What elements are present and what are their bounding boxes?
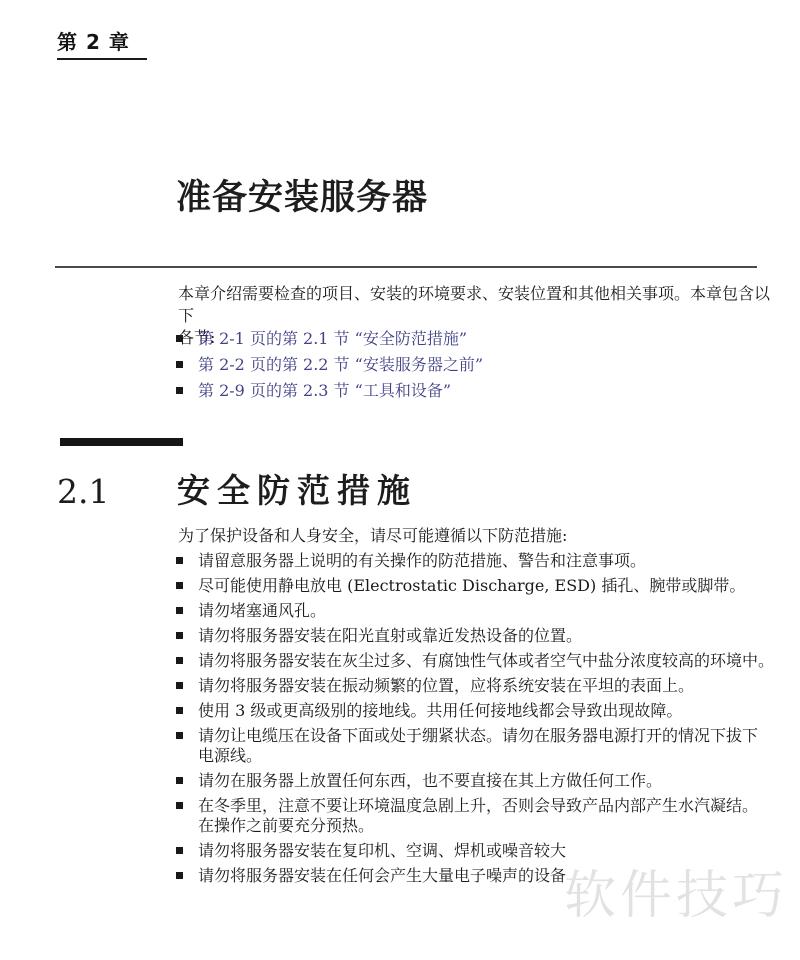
square-bullet-icon [176, 777, 183, 784]
square-bullet-icon [176, 802, 183, 809]
safety-bullet-text: 请勿在服务器上放置任何东西，也不要直接在其上方做任何工作。 [198, 771, 778, 791]
manual-page: 第 2 章 准备安装服务器 本章介绍需要检查的项目、安装的环境要求、安装位置和其… [0, 0, 800, 960]
safety-bullet-item: 请勿将服务器安装在复印机、空调、焊机或噪音较大 [176, 841, 778, 861]
square-bullet-icon [176, 335, 183, 342]
toc-link-tools[interactable]: 第 2-9 页的第 2.3 节 “工具和设备” [198, 381, 451, 401]
safety-bullet-item: 使用 3 级或更高级别的接地线。共用任何接地线都会导致出现故障。 [176, 701, 778, 721]
safety-bullet-text: 请勿将服务器安装在灰尘过多、有腐蚀性气体或者空气中盐分浓度较高的环境中。 [198, 651, 778, 671]
safety-bullet-item: 请勿让电缆压在设备下面或处于绷紧状态。请勿在服务器电源打开的情况下拔下 电源线。 [176, 726, 778, 766]
safety-bullet-item: 请勿将服务器安装在灰尘过多、有腐蚀性气体或者空气中盐分浓度较高的环境中。 [176, 651, 778, 671]
safety-bullet-text: 请勿将服务器安装在振动频繁的位置，应将系统安装在平坦的表面上。 [198, 676, 778, 696]
section-heading-bar [60, 438, 183, 446]
safety-bullet-item: 请勿在服务器上放置任何东西，也不要直接在其上方做任何工作。 [176, 771, 778, 791]
chapter-title: 准备安装服务器 [176, 176, 428, 220]
safety-bullet-text: 尽可能使用静电放电 (Electrostatic Discharge, ESD)… [198, 576, 778, 596]
safety-bullet-text: 请勿将服务器安装在复印机、空调、焊机或噪音较大 [198, 841, 778, 861]
safety-bullet-text: 请勿将服务器安装在任何会产生大量电子噪声的设备 [198, 866, 778, 886]
square-bullet-icon [176, 387, 183, 394]
square-bullet-icon [176, 632, 183, 639]
title-divider [55, 266, 757, 268]
chapter-label: 第 2 章 [57, 30, 147, 60]
toc-item-before-install: 第 2-2 页的第 2.2 节 “安装服务器之前” [176, 355, 483, 375]
safety-bullet-item: 请勿将服务器安装在任何会产生大量电子噪声的设备 [176, 866, 778, 886]
square-bullet-icon [176, 657, 183, 664]
section-title: 安全防范措施 [177, 472, 417, 510]
toc-link-before-install[interactable]: 第 2-2 页的第 2.2 节 “安装服务器之前” [198, 355, 483, 375]
square-bullet-icon [176, 707, 183, 714]
safety-bullet-text: 使用 3 级或更高级别的接地线。共用任何接地线都会导致出现故障。 [198, 701, 778, 721]
safety-bullet-text: 请勿将服务器安装在阳光直射或靠近发热设备的位置。 [198, 626, 778, 646]
square-bullet-icon [176, 361, 183, 368]
section-body: 为了保护设备和人身安全，请尽可能遵循以下防范措施: 请留意服务器上说明的有关操作… [178, 526, 778, 891]
toc-link-safety[interactable]: 第 2-1 页的第 2.1 节 “安全防范措施” [198, 329, 467, 349]
safety-bullet-text: 在冬季里，注意不要让环境温度急剧上升，否则会导致产品内部产生水汽凝结。 在操作之… [198, 796, 778, 836]
square-bullet-icon [176, 872, 183, 879]
square-bullet-icon [176, 847, 183, 854]
safety-bullet-item: 尽可能使用静电放电 (Electrostatic Discharge, ESD)… [176, 576, 778, 596]
square-bullet-icon [176, 582, 183, 589]
safety-bullet-item: 在冬季里，注意不要让环境温度急剧上升，否则会导致产品内部产生水汽凝结。 在操作之… [176, 796, 778, 836]
safety-bullet-item: 请留意服务器上说明的有关操作的防范措施、警告和注意事项。 [176, 551, 778, 571]
section-number: 2.1 [57, 474, 109, 510]
square-bullet-icon [176, 732, 183, 739]
safety-bullet-item: 请勿将服务器安装在振动频繁的位置，应将系统安装在平坦的表面上。 [176, 676, 778, 696]
toc-item-tools: 第 2-9 页的第 2.3 节 “工具和设备” [176, 381, 483, 401]
square-bullet-icon [176, 607, 183, 614]
section-lead: 为了保护设备和人身安全，请尽可能遵循以下防范措施: [178, 526, 778, 546]
square-bullet-icon [176, 682, 183, 689]
section-toc-list: 第 2-1 页的第 2.1 节 “安全防范措施” 第 2-2 页的第 2.2 节… [176, 329, 483, 407]
safety-bullet-item: 请勿将服务器安装在阳光直射或靠近发热设备的位置。 [176, 626, 778, 646]
safety-bullet-text: 请留意服务器上说明的有关操作的防范措施、警告和注意事项。 [198, 551, 778, 571]
square-bullet-icon [176, 557, 183, 564]
safety-bullet-list: 请留意服务器上说明的有关操作的防范措施、警告和注意事项。 尽可能使用静电放电 (… [176, 551, 778, 886]
toc-item-safety: 第 2-1 页的第 2.1 节 “安全防范措施” [176, 329, 483, 349]
safety-bullet-text: 请勿让电缆压在设备下面或处于绷紧状态。请勿在服务器电源打开的情况下拔下 电源线。 [198, 726, 778, 766]
safety-bullet-item: 请勿堵塞通风孔。 [176, 601, 778, 621]
safety-bullet-text: 请勿堵塞通风孔。 [198, 601, 778, 621]
